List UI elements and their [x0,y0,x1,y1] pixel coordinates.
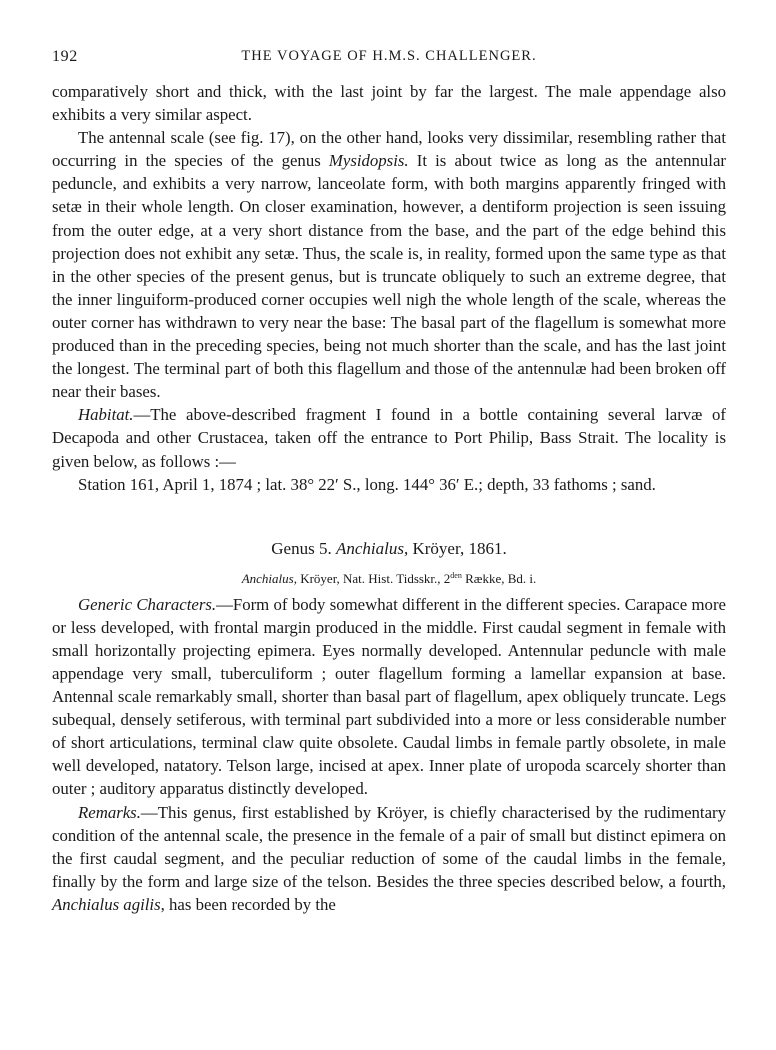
citation-text-end: Række, Bd. i. [462,571,536,586]
genus-heading-suffix: , Kröyer, 1861. [404,539,507,558]
species-name: Anchialus agilis [52,895,161,914]
generic-characters-text: —Form of body somewhat different in the … [52,595,726,799]
habitat-text: —The above-described fragment I found in… [52,405,726,470]
running-head: 192 THE VOYAGE OF H.M.S. CHALLENGER. [52,48,726,70]
remarks-text: —This genus, first established by Kröyer… [52,803,726,891]
citation-name: Anchialus [242,571,294,586]
paragraph-remarks: Remarks.—This genus, first established b… [52,801,726,916]
genus-citation: Anchialus, Kröyer, Nat. Hist. Tidsskr., … [52,566,726,589]
paragraph-generic-characters: Generic Characters.—Form of body somewha… [52,593,726,801]
paragraph-continuation: comparatively short and thick, with the … [52,80,726,126]
citation-text: , Kröyer, Nat. Hist. Tidsskr., 2 [294,571,451,586]
genus-heading: Genus 5. Anchialus, Kröyer, 1861. [52,537,726,561]
body-text: comparatively short and thick, with the … [52,80,726,916]
genus-name: Mysidopsis. [329,151,409,170]
running-title: THE VOYAGE OF H.M.S. CHALLENGER. [52,48,726,65]
genus-heading-prefix: Genus 5. [271,539,336,558]
generic-characters-label: Generic Characters. [78,595,216,614]
paragraph-station: Station 161, April 1, 1874 ; lat. 38° 22… [52,473,726,496]
genus-heading-name: Anchialus [336,539,404,558]
paragraph-habitat: Habitat.—The above-described fragment I … [52,403,726,472]
paragraph-antennal-scale: The antennal scale (see fig. 17), on the… [52,126,726,403]
citation-superscript: den [450,571,462,580]
remarks-text-end: , has been recorded by the [161,895,336,914]
remarks-label: Remarks. [78,803,141,822]
habitat-label: Habitat. [78,405,133,424]
paragraph-text: It is about twice as long as the antennu… [52,151,726,401]
